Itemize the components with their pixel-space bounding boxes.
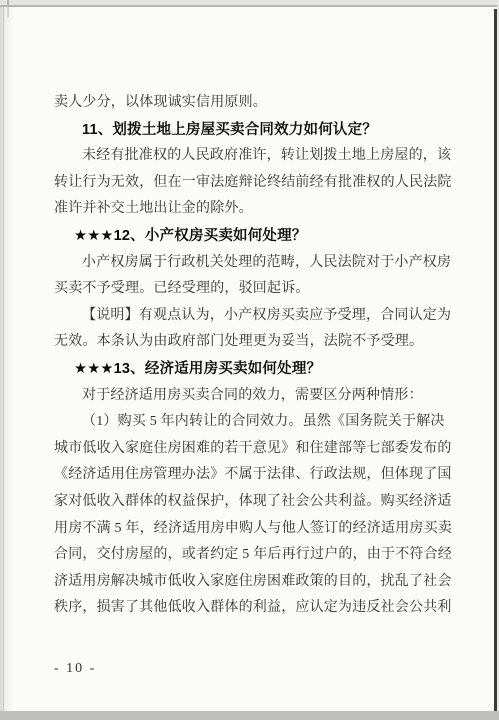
question-heading: ★★★13、经济适用房买卖如何处理？ [54,356,446,383]
text-line: 【说明】有观点认为，小产权房买卖应予受理，合同认定为 [54,303,446,330]
text-line: 转让行为无效，但在一审法庭辩论终结前经有批准权的人民法院 [54,170,446,197]
text-line: 合同，交付房屋的，或者约定 5 年后再行过户的，由于不符合经 [54,542,446,569]
page-number: - 10 - [54,661,96,677]
text-line: 卖人少分，以体现诚实信用原则。 [54,90,446,117]
scan-edge-left-line [3,7,4,720]
document-text: 卖人少分，以体现诚实信用原则。11、划拨土地上房屋买卖合同效力如何认定？未经有批… [54,90,446,622]
question-heading: ★★★12、小产权房买卖如何处理？ [54,223,446,250]
question-heading: 11、划拨土地上房屋买卖合同效力如何认定？ [54,117,446,144]
text-line: 用房不满 5 年，经济适用房申购人与他人签订的经济适用房买卖 [54,516,446,543]
text-line: 准许并补交土地出让金的除外。 [54,196,446,223]
text-line: 未经有批准权的人民政府准许，转让划拨土地上房屋的，该 [54,143,446,170]
text-line: （1）购买 5 年内转让的合同效力。虽然《国务院关于解决 [54,409,446,436]
text-line: 对于经济适用房买卖合同的效力，需要区分两种情形： [54,383,446,410]
text-line: 无效。本条认为由政府部门处理更为妥当，法院不予受理。 [54,329,446,356]
text-line: 买卖不予受理。已经受理的，驳回起诉。 [54,276,446,303]
text-line: 城市低收入家庭住房困难的若干意见》和住建部等七部委发布的 [54,436,446,463]
scan-edge-bottom-band [0,711,499,720]
text-line: 秩序，损害了其他低收入群体的利益，应认定为违反社会公共利 [54,595,446,622]
text-line: 济适用房解决城市低收入家庭住房困难政策的目的，扰乱了社会 [54,569,446,596]
text-line: 小产权房属于行政机关处理的范畴，人民法院对于小产权房 [54,250,446,277]
text-line: 《经济适用住房管理办法》不属于法律、行政法规，但体现了国 [54,462,446,489]
document-page: 卖人少分，以体现诚实信用原则。11、划拨土地上房屋买卖合同效力如何认定？未经有批… [0,0,499,720]
scan-edge-top-line [0,5,499,7]
text-line: 家对低收入群体的权益保护，体现了社会公共利益。购买经济适 [54,489,446,516]
